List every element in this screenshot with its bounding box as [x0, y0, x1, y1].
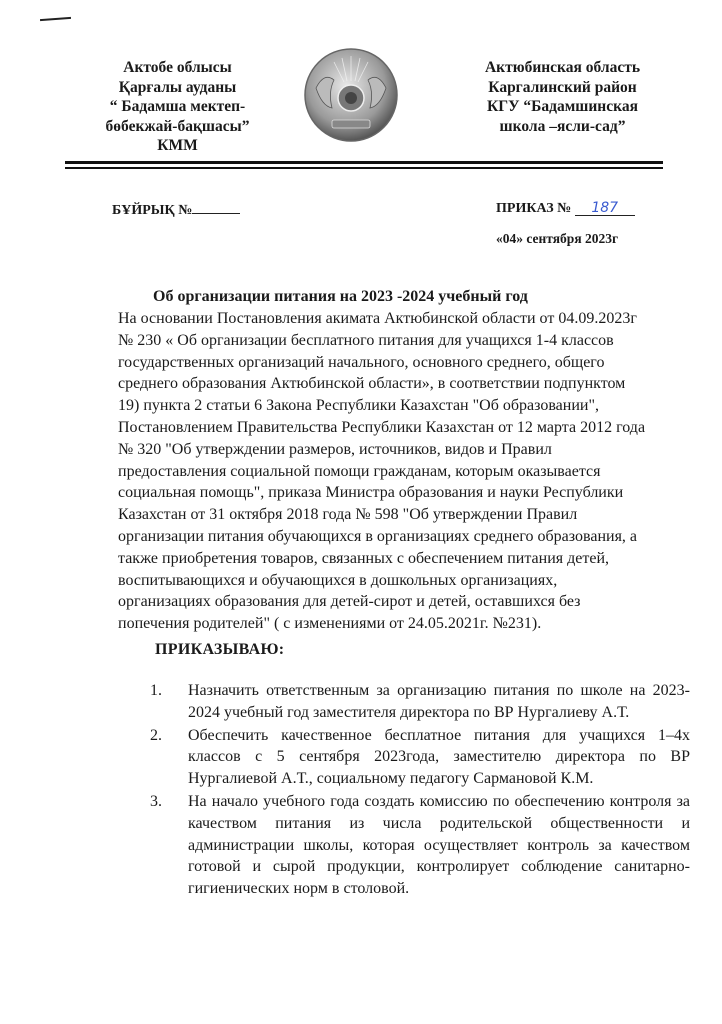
header-divider-thick	[65, 161, 663, 164]
order-item: 2. Обеспечить качественное бесплатное пи…	[150, 725, 690, 790]
header-russian: Актюбинская область Каргалинский район К…	[455, 58, 670, 136]
order-items: 1. Назначить ответственным за организаци…	[150, 680, 690, 901]
header-kz-line: Қарғалы ауданы	[95, 78, 260, 98]
header-divider-thin	[65, 167, 663, 169]
document-title: Об организации питания на 2023 -2024 уче…	[153, 288, 528, 306]
header-ru-line: школа –ясли-сад”	[455, 117, 670, 137]
order-item-text: На начало учебного года создать комиссию…	[188, 793, 690, 897]
order-number-russian: ПРИКАЗ № 187	[496, 201, 635, 217]
header-kz-line: КММ	[95, 136, 260, 156]
header-kz-line: бөбекжай-бақшасы”	[95, 117, 260, 137]
header-kazakh: Актобе облысы Қарғалы ауданы “ Бадамша м…	[95, 58, 260, 156]
order-number-kazakh: БҰЙРЫҚ №	[112, 201, 240, 219]
order-item: 3. На начало учебного года создать комис…	[150, 791, 690, 900]
scan-mark	[40, 17, 71, 21]
order-kz-blank	[192, 201, 240, 214]
order-kz-label: БҰЙРЫҚ №	[112, 203, 192, 218]
header-kz-line: “ Бадамша мектеп-	[95, 97, 260, 117]
header-ru-line: Актюбинская область	[455, 58, 670, 78]
order-item-number: 2.	[150, 725, 162, 747]
order-command: ПРИКАЗЫВАЮ:	[155, 641, 284, 659]
header-ru-line: КГУ “Бадамшинская	[455, 97, 670, 117]
order-item-number: 3.	[150, 791, 162, 813]
state-emblem-icon	[302, 46, 400, 144]
order-item-number: 1.	[150, 680, 162, 702]
order-item-text: Обеспечить качественное бесплатное питан…	[188, 727, 690, 788]
order-item-text: Назначить ответственным за организацию п…	[188, 682, 690, 721]
order-ru-label: ПРИКАЗ №	[496, 201, 571, 216]
order-ru-number-handwritten: 187	[575, 202, 635, 216]
header-ru-line: Каргалинский район	[455, 78, 670, 98]
order-item: 1. Назначить ответственным за организаци…	[150, 680, 690, 724]
order-date: «04» сентября 2023г	[496, 231, 618, 247]
document-preamble: На основании Постановления акимата Актюб…	[118, 308, 678, 635]
header-kz-line: Актобе облысы	[95, 58, 260, 78]
